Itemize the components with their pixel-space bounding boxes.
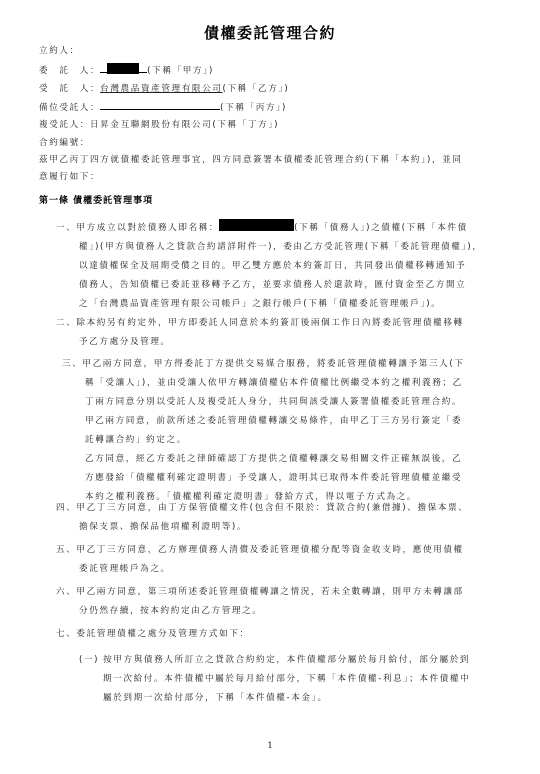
- clause-4-first-line: 四、甲乙丁三方同意，由丁方保管債權文件(包含但不限於：貸款合約(兼借據)、擔保本…: [56, 499, 468, 518]
- clause-line: 甲乙兩方同意，第三項所述委託管理債權轉讓之情況，若未全數轉讓，則甲方未轉讓部: [76, 587, 463, 597]
- clause-1: 一、甲方成立以對於債務人即名稱：(下稱「債務人」)之債權(下稱「本件債 權」)(…: [56, 219, 483, 314]
- party-a-label: 委 託 人：: [39, 66, 100, 76]
- clause-line: 甲乙兩方同意，甲方得委託丁方提供交易媒合服務，將委託管理債權轉讓予第三人(下: [82, 359, 464, 369]
- party-c-label: 備位受託人：: [39, 103, 100, 113]
- clause-4-body: 擔保支票、擔保品他項權利證明等)。: [56, 518, 468, 537]
- clause-line: 按甲方與債務人所訂立之貸款合約約定，本件債權部分屬於每月給付，部分屬於到: [103, 655, 470, 665]
- clause-line: 期一次給付。本件債權中屬於每月給付部分，下稱「本件債權-利息」；本件債權中: [103, 670, 470, 689]
- clause-line: 丁兩方同意分別以受託人及複受託人身分，共同與該受讓人簽署債權委託管理合約。: [85, 393, 465, 412]
- clause-line: 方應發給「債權權利確定證明書」予受讓人，證明其已取得本件委託管理債權並繼受: [85, 469, 465, 488]
- party-b-name: 台灣農品資產管理有限公司: [100, 84, 222, 94]
- clause-7-sub-1: (一)按甲方與債務人所訂立之貸款合約約定，本件債權部分屬於每月給付，部分屬於到 …: [79, 651, 470, 708]
- clause-5: 五、甲乙丁三方同意，乙方辦理債務人清償及委託管理債權分配等資金收支時，應使用債權…: [56, 541, 464, 579]
- clause-1-body: 權」)(甲方與債務人之貸款合約請詳附件一)，委由乙方受託管理(下稱「委託管理債權…: [56, 238, 483, 314]
- party-d-suffix: (下稱「丁方」): [212, 120, 279, 130]
- clause-3-body: 稱「受讓人」)，並由受讓人依甲方轉讓債權佔本件債權比例繼受本約之權利義務；乙 丁…: [62, 374, 465, 507]
- clause-line: 託轉讓合約」約定之。: [85, 431, 465, 450]
- clause-4: 四、甲乙丁三方同意，由丁方保管債權文件(包含但不限於：貸款合約(兼借據)、擔保本…: [56, 499, 468, 537]
- clause-line: 甲乙丁三方同意，乙方辦理債務人清償及委託管理債權分配等資金收支時，應使用債權: [76, 545, 463, 555]
- document-title: 債權委託管理合約: [0, 22, 540, 43]
- clause-line: 予乙方處分及管理。: [79, 333, 464, 352]
- clause-7-number: 七、: [56, 629, 76, 639]
- clause-5-first-line: 五、甲乙丁三方同意，乙方辦理債務人清償及委託管理債權分配等資金收支時，應使用債權: [56, 541, 464, 560]
- preamble-line: 意履行如下：: [39, 168, 463, 187]
- party-a-suffix: (下稱「甲方」): [147, 66, 214, 76]
- clause-line: 委託管理帳戶為之。: [79, 560, 464, 579]
- document-page: 債權委託管理合約 立約人： 委 託 人：(下稱「甲方」) 受 託 人：台灣農品資…: [0, 0, 540, 774]
- party-b-label: 受 託 人：: [39, 84, 100, 94]
- page-number: 1: [0, 741, 540, 750]
- clause-7: 七、委託管理債權之處分及管理方式如下：: [56, 625, 250, 644]
- clause-6-body: 分仍然存續，按本約約定由乙方管理之。: [56, 602, 464, 621]
- clause-line: 分仍然存續，按本約約定由乙方管理之。: [79, 602, 464, 621]
- article-1-heading: 第一條 債權委託管理事項: [39, 193, 153, 206]
- clause-line: 權」)(甲方與債務人之貸款合約請詳附件一)，委由乙方受託管理(下稱「委託管理債權…: [79, 238, 483, 257]
- clause-1-text-prefix: 甲方成立以對於債務人即名稱：: [76, 223, 219, 233]
- clause-3-number: 三、: [62, 359, 82, 369]
- contract-number-label: 合約編號：: [39, 136, 90, 148]
- clause-line: 甲乙兩方同意，前款所述之委託管理債權轉讓交易條件，由甲乙丁三方另行簽定「委: [85, 412, 465, 431]
- clause-line: 除本約另有約定外，甲方即委託人同意於本約簽訂後兩個工作日內將委託管理債權移轉: [76, 318, 463, 328]
- clause-6-number: 六、: [56, 587, 76, 597]
- clause-3: 三、甲乙兩方同意，甲方得委託丁方提供交易媒合服務，將委託管理債權轉讓予第三人(下…: [62, 355, 465, 507]
- clause-6: 六、甲乙兩方同意，第三項所述委託管理債權轉讓之情況，若未全數轉讓，則甲方未轉讓部…: [56, 583, 464, 621]
- clause-5-number: 五、: [56, 545, 76, 555]
- sub-1-number: (一): [79, 655, 99, 665]
- redacted-debtor-name: [219, 219, 294, 231]
- party-d-name: 日昇金互聯網股份有限公司: [90, 120, 212, 130]
- party-c-suffix: (下稱「丙方」): [220, 103, 287, 113]
- clause-2-number: 二、: [56, 318, 76, 328]
- sub-1-body: 期一次給付。本件債權中屬於每月給付部分，下稱「本件債權-利息」；本件債權中 屬於…: [79, 670, 470, 708]
- clause-3-first-line: 三、甲乙兩方同意，甲方得委託丁方提供交易媒合服務，將委託管理債權轉讓予第三人(下: [62, 355, 465, 374]
- clause-4-number: 四、: [56, 503, 76, 513]
- party-d-line: 複受託人：日昇金互聯網股份有限公司(下稱「丁方」): [39, 118, 279, 130]
- clause-1-first-line: 一、甲方成立以對於債務人即名稱：(下稱「債務人」)之債權(下稱「本件債: [56, 219, 483, 238]
- clause-7-first-line: 七、委託管理債權之處分及管理方式如下：: [56, 625, 250, 644]
- party-d-label: 複受託人：: [39, 120, 90, 130]
- clause-line: 以達債權保全及屆期受償之目的。甲乙雙方應於本約簽訂日，共同發出債權移轉通知予: [79, 257, 483, 276]
- clause-1-number: 一、: [56, 223, 76, 233]
- clause-line: 乙方同意，經乙方委託之律師確認丁方提供之債權轉讓交易相關文件正確無誤後，乙: [85, 450, 465, 469]
- clause-line: 委託管理債權之處分及管理方式如下：: [76, 629, 249, 639]
- clause-2-body: 予乙方處分及管理。: [56, 333, 464, 352]
- party-b-suffix: (下稱「乙方」): [223, 84, 290, 94]
- party-a-underline-end: [139, 72, 147, 73]
- sub-1-first-line: (一)按甲方與債務人所訂立之貸款合約約定，本件債權部分屬於每月給付，部分屬於到: [79, 651, 470, 670]
- party-c-blank-field: [100, 100, 220, 110]
- party-a-underline: [100, 72, 107, 73]
- clause-2: 二、除本約另有約定外，甲方即委託人同意於本約簽訂後兩個工作日內將委託管理債權移轉…: [56, 314, 464, 352]
- clause-line: 屬於到期一次給付部分，下稱「本件債權-本金」。: [103, 689, 470, 708]
- preamble-line: 茲甲乙丙丁四方就債權委託管理事宜，四方同意簽署本債權委託管理合約(下稱「本約」)…: [39, 151, 463, 170]
- clause-line: 之「台灣農品資產管理有限公司帳戶」之銀行帳戶(下稱「債權委託管理帳戶」)。: [79, 295, 483, 314]
- redacted-party-a-name: [107, 63, 139, 74]
- party-c-line: 備位受託人：(下稱「丙方」): [39, 100, 287, 113]
- clause-6-first-line: 六、甲乙兩方同意，第三項所述委託管理債權轉讓之情況，若未全數轉讓，則甲方未轉讓部: [56, 583, 464, 602]
- clause-line: 稱「受讓人」)，並由受讓人依甲方轉讓債權佔本件債權比例繼受本約之權利義務；乙: [85, 374, 465, 393]
- party-b-line: 受 託 人：台灣農品資產管理有限公司(下稱「乙方」): [39, 82, 289, 94]
- clause-line: 債務人，告知債權已委託並移轉予乙方，並要求債務人於還款時，匯付資金至乙方開立: [79, 276, 483, 295]
- clause-line: 擔保支票、擔保品他項權利證明等)。: [79, 518, 468, 537]
- parties-header: 立約人：: [39, 44, 80, 56]
- clause-2-first-line: 二、除本約另有約定外，甲方即委託人同意於本約簽訂後兩個工作日內將委託管理債權移轉: [56, 314, 464, 333]
- clause-line: 甲乙丁三方同意，由丁方保管債權文件(包含但不限於：貸款合約(兼借據)、擔保本票、: [76, 503, 468, 513]
- party-a-line: 委 託 人：(下稱「甲方」): [39, 63, 214, 76]
- clause-5-body: 委託管理帳戶為之。: [56, 560, 464, 579]
- preamble: 茲甲乙丙丁四方就債權委託管理事宜，四方同意簽署本債權委託管理合約(下稱「本約」)…: [39, 151, 463, 187]
- clause-1-text-suffix: (下稱「債務人」)之債權(下稱「本件債: [294, 223, 468, 233]
